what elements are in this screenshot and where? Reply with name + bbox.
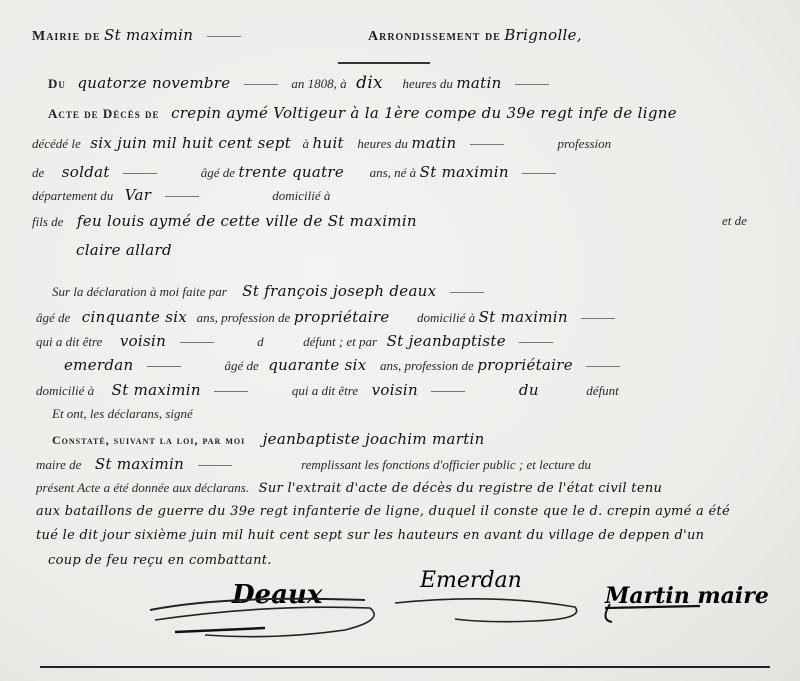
record-line-extract-1: aux bataillons de guerre du 39e regt inf… <box>36 503 730 521</box>
record-line-mother: claire allard <box>76 241 172 261</box>
record-line-reading: présent Acte a été donnée aux déclarans.… <box>36 479 662 498</box>
signature-emerdan-flourish <box>395 585 595 635</box>
record-line-declarant-1: Sur la déclaration à moi faite par St fr… <box>52 282 494 302</box>
record-line-father: fils de feu louis aymé de cette ville de… <box>32 212 417 232</box>
record-line-date: Du quatorze novembre an 1808, à dix heur… <box>48 74 559 94</box>
arrondissement-header: Arrondissement de Brignolle, <box>368 26 582 46</box>
document-page: Mairie de St maximin Arrondissement de B… <box>0 0 800 681</box>
mairie-value: St maximin <box>104 26 193 44</box>
mairie-header: Mairie de St maximin <box>32 26 251 46</box>
record-line-profession: de soldat âgé de trente quatre ans, né à… <box>32 163 566 183</box>
record-line-extract-3: coup de feu reçu en combattant. <box>48 552 272 570</box>
record-line-signed: Et ont, les déclarans, signé <box>52 405 193 424</box>
record-line-extract-2: tué le dit jour sixième juin mil huit ce… <box>36 527 704 545</box>
signature-deaux-flourish <box>145 590 375 650</box>
bottom-rule <box>40 666 770 668</box>
record-line-declarant-2-details: emerdan âgé de quarante six ans, profess… <box>64 356 630 376</box>
record-line-officer: Constaté, suivant la loi, par moi jeanba… <box>52 430 485 450</box>
record-line-mayor: maire de St maximin remplissant les fonc… <box>36 455 591 475</box>
record-line-death-date: décédé le six juin mil huit cent sept à … <box>32 134 611 154</box>
record-line-department: département du Var domicilié à <box>32 186 330 206</box>
mairie-label: Mairie de <box>32 29 101 44</box>
arrondissement-label: Arrondissement de <box>368 29 501 44</box>
arrondissement-value: Brignolle, <box>504 26 582 44</box>
header-rule <box>338 62 430 64</box>
record-line-declarant-2-domicile: domicilié à St maximin qui a dit être vo… <box>36 381 619 401</box>
record-line-declarant-1-details: âgé de cinquante six ans, profession de … <box>36 308 625 328</box>
record-line-declarant-2: qui a dit être voisin d défunt ; et par … <box>36 332 563 352</box>
signature-mayor-flourish <box>600 600 720 630</box>
record-line-deceased: Acte de Décès de crepin aymé Voltigeur à… <box>48 104 677 124</box>
